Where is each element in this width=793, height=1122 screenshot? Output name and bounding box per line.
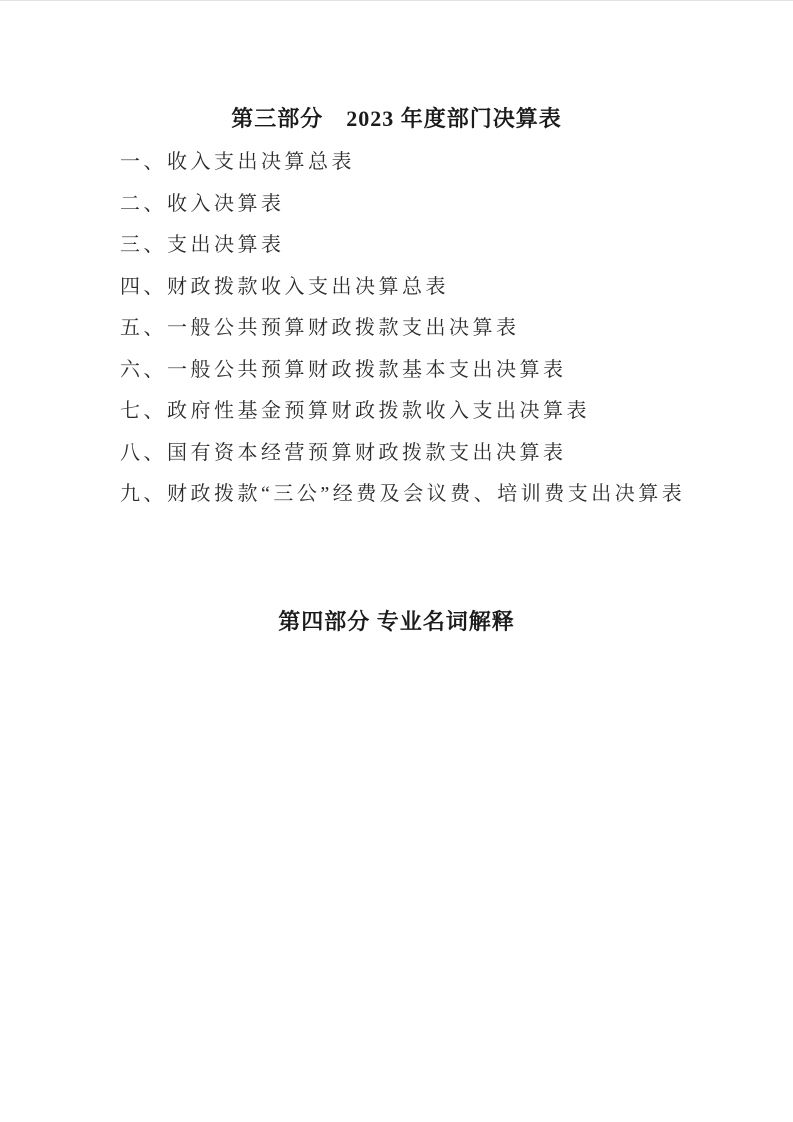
section-three-title: 第三部分 2023 年度部门决算表 bbox=[0, 102, 793, 133]
table-of-contents-list: 一、收入支出决算总表 二、收入决算表 三、支出决算表 四、财政拨款收入支出决算总… bbox=[120, 142, 733, 516]
toc-item-8: 八、国有资本经营预算财政拨款支出决算表 bbox=[120, 433, 733, 475]
toc-item-9: 九、财政拨款“三公”经费及会议费、培训费支出决算表 bbox=[120, 474, 733, 516]
toc-item-7: 七、政府性基金预算财政拨款收入支出决算表 bbox=[120, 391, 733, 433]
toc-item-4: 四、财政拨款收入支出决算总表 bbox=[120, 267, 733, 309]
toc-item-5: 五、一般公共预算财政拨款支出决算表 bbox=[120, 308, 733, 350]
toc-item-2: 二、收入决算表 bbox=[120, 184, 733, 226]
toc-item-6: 六、一般公共预算财政拨款基本支出决算表 bbox=[120, 350, 733, 392]
section-four-title: 第四部分 专业名词解释 bbox=[0, 605, 793, 636]
document-page: 第三部分 2023 年度部门决算表 一、收入支出决算总表 二、收入决算表 三、支… bbox=[0, 0, 793, 1122]
toc-item-1: 一、收入支出决算总表 bbox=[120, 142, 733, 184]
toc-item-3: 三、支出决算表 bbox=[120, 225, 733, 267]
